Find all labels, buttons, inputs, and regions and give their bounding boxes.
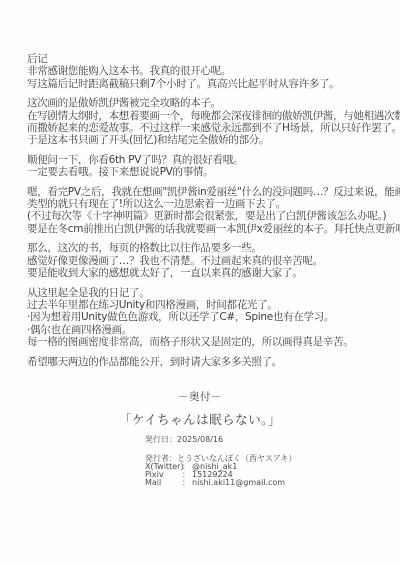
- text-line: 类型的就只有现在了!所以这么一边思索着一边画下去了。: [27, 198, 387, 210]
- text-line: 要是在冬cm前推出白凯伊酱的话我就要画一本凯伊x爱丽丝的本子。拜托快点更新吧…: [27, 223, 387, 235]
- publish-date-value: 2025/08/16: [177, 435, 223, 444]
- contact-label: Mail: [145, 479, 182, 487]
- text-line: 每一格的图画密度非常高，而格子形状又是固定的，所以画得真是辛苦。: [27, 336, 387, 348]
- text-line: 一定要去看哦。接下来想说说PV的事情。: [27, 166, 387, 178]
- afterword-paragraph: 希望哪天两边的作品都能公开，到时请大家多多关照了。: [27, 356, 387, 368]
- afterword-paragraph: 这次画的是傲娇凯伊酱被完全攻略的本子。 在写剧情大纲时，本想着要画一个，每晚都会…: [27, 97, 387, 147]
- text-line: 在写剧情大纲时，本想着要画一个，每晚都会深夜徘徊的傲娇凯伊酱，与她相遇次数渐增: [27, 110, 387, 122]
- afterword-paragraph: 从这里起全是我的日记了。 过去半年里都在练习Unity和四格漫画，时间都花光了。…: [27, 287, 387, 349]
- colophon-meta: 発行日：2025/08/16 発行者：とうざいなんぼく（西ヤスアキ） X(Twi…: [145, 435, 297, 486]
- afterword-heading: 后记: [27, 53, 387, 65]
- text-line: 而撒娇起来的恋爱故事。不过这样一来感觉永远都到不了H场景，所以只好作罢了。: [27, 122, 387, 134]
- text-line: 过去半年里都在练习Unity和四格漫画，时间都花光了。: [27, 299, 387, 311]
- afterword-paragraph: 那么，这次的书，每页的格数比以往作品要多一些。 感觉好像更像漫画了…？我也不清楚…: [27, 242, 387, 279]
- text-line: 这次画的是傲娇凯伊酱被完全攻略的本子。: [27, 97, 387, 109]
- afterword-paragraph: 顺便问一下，你看6th PV了吗？真的很好看哦。 一定要去看哦。接下来想说说PV…: [27, 154, 387, 179]
- text-line: 非常感谢您能购入这本书。我真的很开心呢。: [27, 65, 387, 77]
- text-line: 那么，这次的书，每页的格数比以往作品要多一些。: [27, 242, 387, 254]
- text-line: 要是能收到大家的感想就太好了，一直以来真的感谢大家了。: [27, 267, 387, 279]
- text-line: 希望哪天两边的作品都能公开，到时请大家多多关照了。: [27, 356, 387, 368]
- separator: ：: [182, 478, 190, 487]
- contact-value: nishi.aki11@gmail.com: [190, 478, 285, 487]
- contact-row-mail: Mail：nishi.aki11@gmail.com: [145, 479, 297, 487]
- publish-date-row: 発行日：2025/08/16: [145, 435, 297, 444]
- colophon-header: －奥付－: [0, 389, 400, 404]
- separator: ：: [169, 435, 177, 444]
- publish-date-label: 発行日: [145, 435, 169, 444]
- afterword-section: 后记 非常感谢您能购入这本书。我真的很开心呢。 写这篇后记时距离截稿只剩7个小时…: [27, 53, 387, 375]
- text-line: 嗯，看完PV之后，我就在想画"凯伊酱in爱丽丝"什么的没问题吗…？反过来说，能画…: [27, 186, 387, 198]
- text-line: 顺便问一下，你看6th PV了吗？真的很好看哦。: [27, 154, 387, 166]
- text-line: 从这里起全是我的日记了。: [27, 287, 387, 299]
- text-line: 感觉好像更像漫画了…？我也不清楚。不过画起来真的很辛苦呢。: [27, 255, 387, 267]
- afterword-paragraph: 后记 非常感谢您能购入这本书。我真的很开心呢。 写这篇后记时距离截稿只剩7个小时…: [27, 53, 387, 90]
- afterword-paragraph: 嗯，看完PV之后，我就在想画"凯伊酱in爱丽丝"什么的没问题吗…？反过来说，能画…: [27, 186, 387, 236]
- scanned-afterword-page: 后记 非常感谢您能购入这本书。我真的很开心呢。 写这篇后记时距离截稿只剩7个小时…: [0, 0, 400, 565]
- text-line: 于是这本书只画了开头(回忆)和结尾完全傲娇的部分。: [27, 134, 387, 146]
- text-line: 写这篇后记时距离截稿只剩7个小时了。真高兴比起平时从容许多了。: [27, 78, 387, 90]
- text-line: ·偶尔也在画四格漫画。: [27, 324, 387, 336]
- text-line: (不过每次等《十字神明篇》更新时都会很紧张，要是出了白凯伊酱该怎么办呢。): [27, 210, 387, 222]
- text-line: ·因为想着用Unity做色色游戏，所以还学了C#，Spine也有在学习。: [27, 311, 387, 323]
- book-title: 「ケイちゃんは眠らない。」: [0, 410, 400, 428]
